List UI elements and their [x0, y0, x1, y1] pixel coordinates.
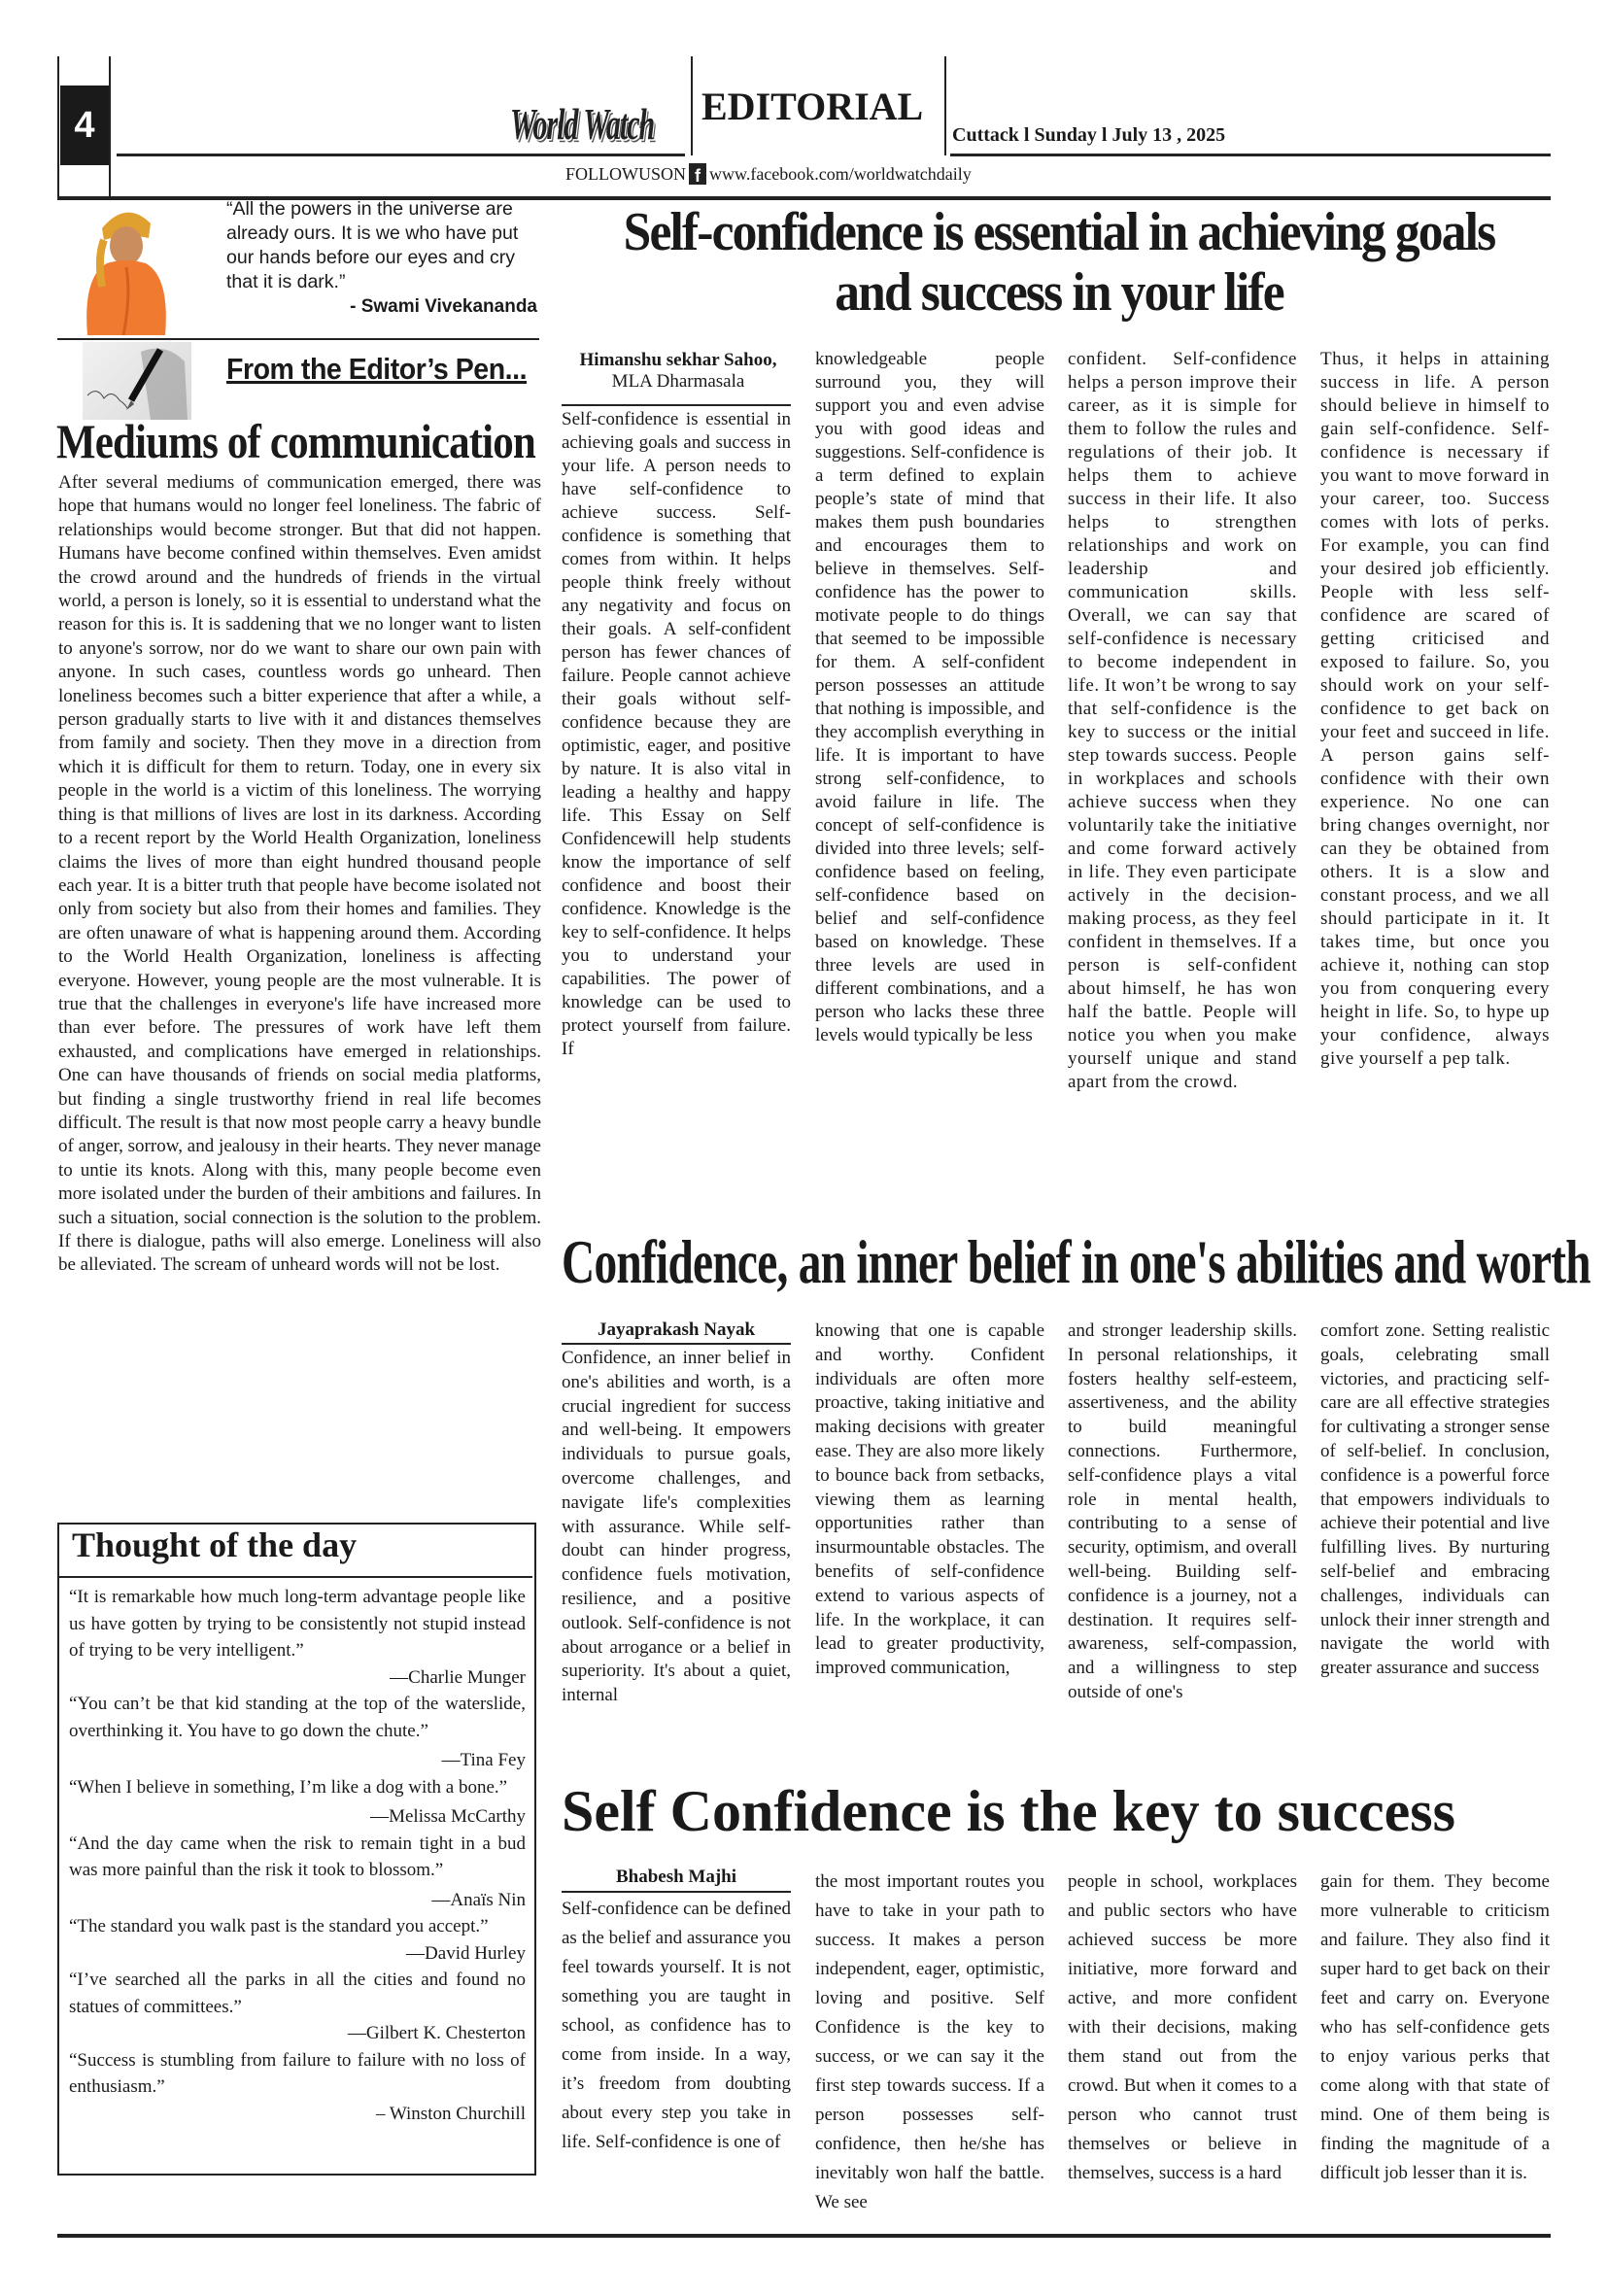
article3-byline-rule	[562, 1891, 791, 1893]
from-editors-pen-label: From the Editor’s Pen...	[226, 352, 527, 387]
thought-quote: “You can’t be that kid standing at the t…	[69, 1691, 526, 1744]
article1-headline: Self-confidence is essential in achievin…	[607, 202, 1510, 323]
article1-column-3: confident. Self-confidence helps a perso…	[1068, 348, 1297, 1094]
article3-author: Bhabesh Majhi	[562, 1867, 791, 1888]
header-vline-date	[944, 56, 946, 155]
facebook-icon: f	[689, 163, 706, 185]
header-left-vline	[57, 56, 59, 200]
article2-column-3: and stronger leadership skills. In perso…	[1068, 1319, 1297, 1705]
thought-quote: “Success is stumbling from failure to fa…	[69, 2047, 526, 2101]
article1-column-1: Self-confidence is essential in achievin…	[562, 408, 791, 1061]
page-bottom-rule	[57, 2234, 1551, 2238]
header-underline-right	[950, 154, 1551, 156]
page-number: 4	[60, 86, 109, 165]
newspaper-logo: World Watch	[510, 49, 690, 151]
vivekananda-quote-author: - Swami Vivekananda	[226, 296, 537, 318]
header-left-vline-2	[109, 56, 111, 200]
thought-author: – Winston Churchill	[69, 2101, 526, 2128]
thought-of-the-day-title: Thought of the day	[72, 1525, 357, 1565]
dateline: Cuttack l Sunday l July 13 , 2025	[952, 124, 1225, 147]
article3-headline: Self Confidence is the key to success	[562, 1778, 1553, 1845]
thought-quote: “When I believe in something, I’m like a…	[69, 1774, 526, 1801]
header-underline-left	[117, 154, 685, 156]
thought-author: —Melissa McCarthy	[69, 1803, 526, 1831]
thought-quote: “The standard you walk past is the stand…	[69, 1913, 526, 1940]
fountain-pen-image	[83, 342, 191, 420]
thought-quote: “And the day came when the risk to remai…	[69, 1831, 526, 1884]
editorial-title: Mediums of communication	[56, 413, 535, 469]
article1-byline-rule	[562, 404, 791, 406]
article3-column-1: Self-confidence can be defined as the be…	[562, 1895, 791, 2157]
thought-author: —David Hurley	[69, 1940, 526, 1968]
thought-quotes: “It is remarkable how much long-term adv…	[69, 1584, 526, 2127]
swami-vivekananda-portrait	[73, 199, 180, 335]
article2-column-4: comfort zone. Setting realistic goals, c…	[1320, 1319, 1550, 1681]
thought-author: —Charlie Munger	[69, 1664, 526, 1692]
article1-byline: Himanshu sekhar Sahoo, MLA Dharmasala	[562, 350, 795, 393]
section-label: EDITORIAL	[701, 84, 923, 129]
article3-column-4: gain for them. They become more vulnerab…	[1320, 1868, 1550, 2188]
follow-label: FOLLOWUSON	[565, 164, 686, 185]
article2-column-2: knowing that one is capable and worthy. …	[815, 1319, 1044, 1681]
article2-byline-rule	[562, 1343, 791, 1345]
article2-author: Jayaprakash Nayak	[562, 1319, 791, 1341]
article3-column-2: the most important routes you have to ta…	[815, 1868, 1044, 2217]
thought-author: —Gilbert K. Chesterton	[69, 2020, 526, 2047]
article1-column-2: knowledgeable people surround you, they …	[815, 348, 1044, 1047]
thought-author: —Tina Fey	[69, 1747, 526, 1774]
article1-column-4: Thus, it helps in attaining success in l…	[1320, 348, 1550, 1071]
follow-us-line: FOLLOWUSON f www.facebook.com/worldwatch…	[565, 163, 972, 185]
thought-quote: “I’ve searched all the parks in all the …	[69, 1967, 526, 2020]
article1-author-role: MLA Dharmasala	[562, 371, 795, 393]
vivekananda-quote: “All the powers in the universe are alre…	[226, 197, 537, 294]
article2-headline: Confidence, an inner belief in one's abi…	[562, 1226, 1295, 1298]
thought-quote: “It is remarkable how much long-term adv…	[69, 1584, 526, 1664]
facebook-url[interactable]: www.facebook.com/worldwatchdaily	[709, 164, 972, 185]
thought-author: —Anaïs Nin	[69, 1887, 526, 1914]
header-vline-logo	[691, 56, 693, 155]
editorial-body: After several mediums of communication e…	[58, 471, 541, 1278]
quote-box-bottom-rule	[57, 338, 539, 340]
article2-column-1: Confidence, an inner belief in one's abi…	[562, 1347, 791, 1708]
article1-author: Himanshu sekhar Sahoo,	[562, 350, 795, 371]
article3-column-3: people in school, workplaces and public …	[1068, 1868, 1297, 2188]
